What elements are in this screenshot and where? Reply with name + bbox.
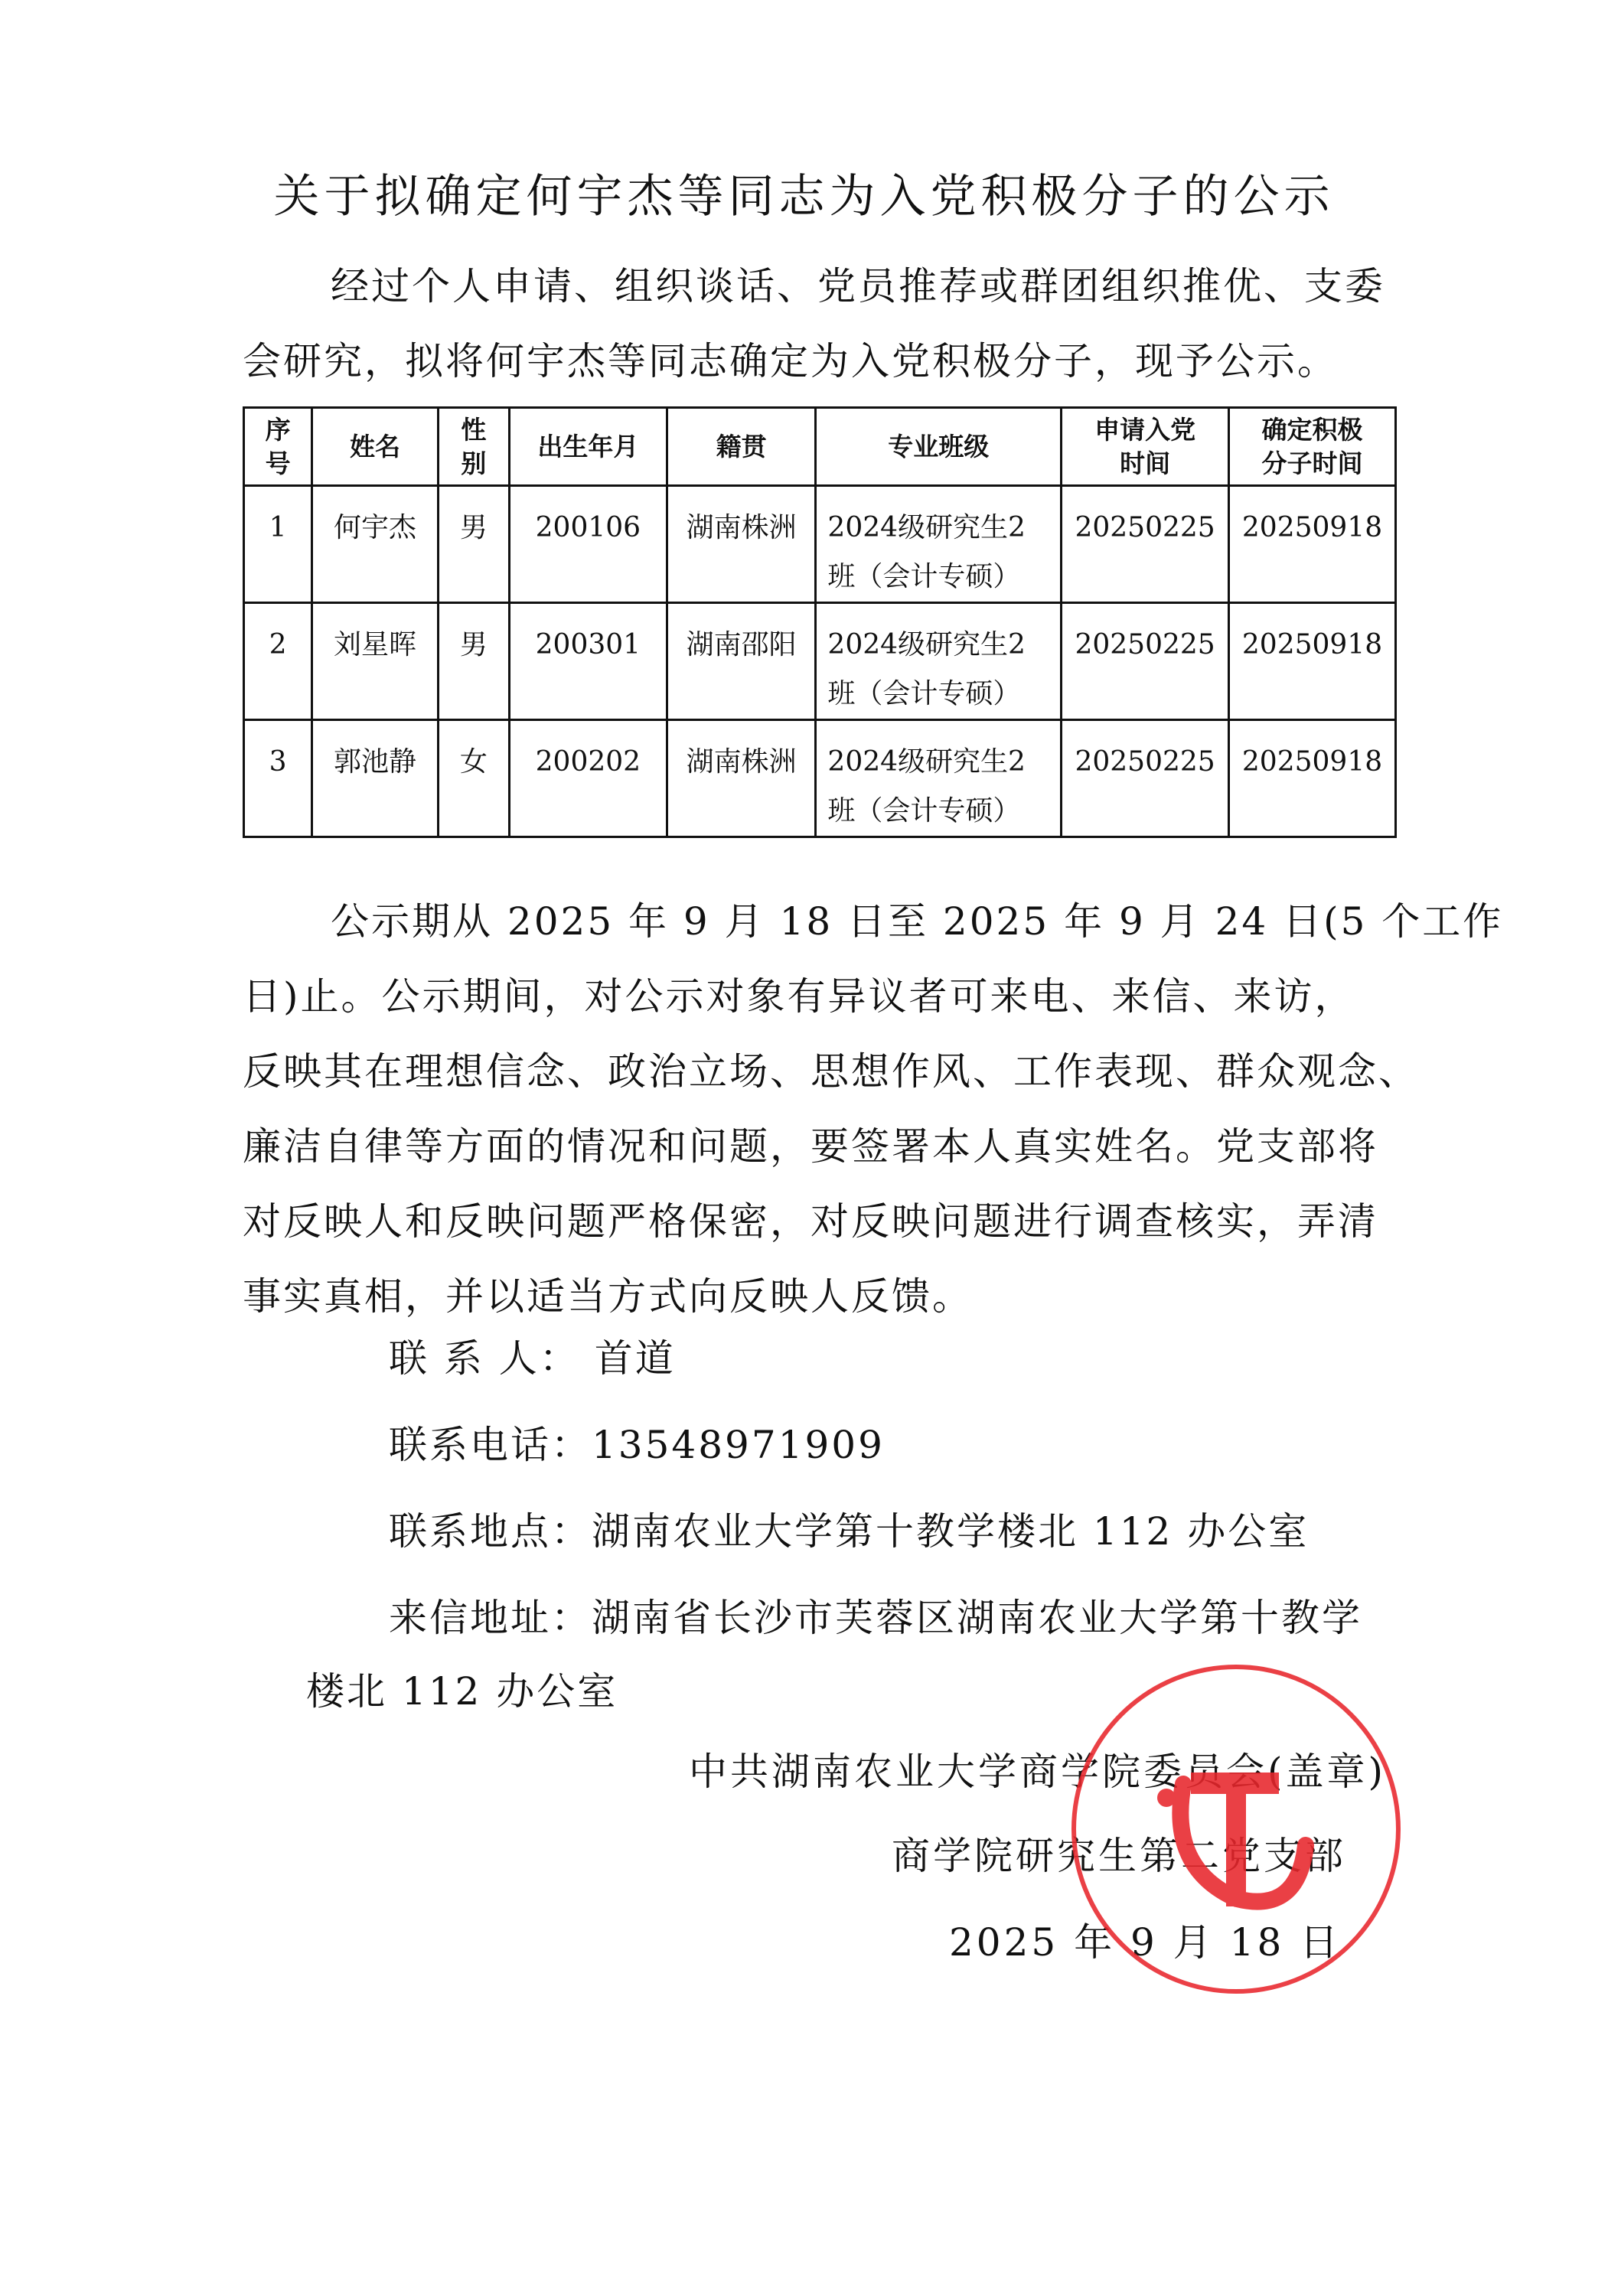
intro-paragraph: 经过个人申请、组织谈话、党员推荐或群团组织推优、支委 会研究，拟将何宇杰等同志确… xyxy=(243,249,1398,399)
cell-gender: 男 xyxy=(438,486,509,603)
cell-apply-date: 20250225 xyxy=(1062,486,1229,603)
cell-name: 刘星晖 xyxy=(312,603,439,720)
cell-apply-date: 20250225 xyxy=(1062,720,1229,837)
notice-paragraph: 公示期从 2025 年 9 月 18 日至 2025 年 9 月 24 日(5 … xyxy=(243,884,1398,1334)
header-no: 序号 xyxy=(244,408,312,486)
header-gender: 性别 xyxy=(438,408,509,486)
contact-phone: 联系电话：13548971909 xyxy=(389,1414,885,1469)
header-confirm-date: 确定积极分子时间 xyxy=(1229,408,1396,486)
header-major: 专业班级 xyxy=(816,408,1062,486)
header-origin: 籍贯 xyxy=(667,408,816,486)
contact-mail-value: 湖南省长沙市芙蓉区湖南农业大学第十教学 xyxy=(592,1596,1362,1640)
notice-line: 公示期从 2025 年 9 月 18 日至 2025 年 9 月 24 日(5 … xyxy=(243,884,1398,959)
notice-line: 反映其在理想信念、政治立场、思想作风、工作表现、群众观念、 xyxy=(243,1034,1398,1109)
table-header-row: 序号 姓名 性别 出生年月 籍贯 专业班级 申请入党时间 确定积极分子时间 xyxy=(244,408,1396,486)
contact-mail-cont: 楼北 112 办公室 xyxy=(306,1661,618,1716)
cell-major: 2024级研究生2班（会计专硕） xyxy=(816,486,1062,603)
cell-birth: 200301 xyxy=(510,603,667,720)
cell-confirm-date: 20250918 xyxy=(1229,603,1396,720)
header-name: 姓名 xyxy=(312,408,439,486)
contact-mail-label: 来信地址： xyxy=(389,1596,592,1640)
cell-name: 何宇杰 xyxy=(312,486,439,603)
cell-major: 2024级研究生2班（会计专硕） xyxy=(816,720,1062,837)
notice-line: 日)止。公示期间，对公示对象有异议者可来电、来信、来访， xyxy=(243,959,1398,1034)
cell-major: 2024级研究生2班（会计专硕） xyxy=(816,603,1062,720)
cell-origin: 湖南株洲 xyxy=(667,486,816,603)
contact-location-label: 联系地点： xyxy=(389,1509,592,1554)
contact-location: 联系地点：湖南农业大学第十教学楼北 112 办公室 xyxy=(389,1501,1309,1556)
table-row: 2 刘星晖 男 200301 湖南邵阳 2024级研究生2班（会计专硕） 202… xyxy=(244,603,1396,720)
cell-gender: 男 xyxy=(438,603,509,720)
contact-person: 联 系 人： 首道 xyxy=(389,1328,676,1383)
contact-person-value: 首道 xyxy=(595,1336,676,1381)
document-title: 关于拟确定何宇杰等同志为入党积极分子的公示 xyxy=(0,162,1608,231)
cell-name: 郭池静 xyxy=(312,720,439,837)
cell-apply-date: 20250225 xyxy=(1062,603,1229,720)
header-birth: 出生年月 xyxy=(510,408,667,486)
table-row: 1 何宇杰 男 200106 湖南株洲 2024级研究生2班（会计专硕） 202… xyxy=(244,486,1396,603)
contact-mail: 来信地址：湖南省长沙市芙蓉区湖南农业大学第十教学 xyxy=(389,1587,1362,1642)
intro-line-1: 经过个人申请、组织谈话、党员推荐或群团组织推优、支委 xyxy=(243,249,1398,324)
cell-origin: 湖南邵阳 xyxy=(667,603,816,720)
header-apply-date: 申请入党时间 xyxy=(1062,408,1229,486)
table-row: 3 郭池静 女 200202 湖南株洲 2024级研究生2班（会计专硕） 202… xyxy=(244,720,1396,837)
official-seal xyxy=(1071,1665,1401,1994)
cell-confirm-date: 20250918 xyxy=(1229,486,1396,603)
cell-no: 3 xyxy=(244,720,312,837)
cell-no: 1 xyxy=(244,486,312,603)
intro-line-2: 会研究，拟将何宇杰等同志确定为入党积极分子，现予公示。 xyxy=(243,324,1398,399)
cell-no: 2 xyxy=(244,603,312,720)
contact-phone-label: 联系电话： xyxy=(389,1423,592,1467)
notice-line: 事实真相，并以适当方式向反映人反馈。 xyxy=(243,1259,1398,1334)
cell-gender: 女 xyxy=(438,720,509,837)
notice-line: 对反映人和反映问题严格保密，对反映问题进行调查核实，弄清 xyxy=(243,1184,1398,1259)
contact-phone-value: 13548971909 xyxy=(592,1423,885,1467)
notice-line: 廉洁自律等方面的情况和问题，要签署本人真实姓名。党支部将 xyxy=(243,1109,1398,1184)
contact-person-label: 联 系 人： xyxy=(389,1336,580,1381)
cell-confirm-date: 20250918 xyxy=(1229,720,1396,837)
cell-birth: 200106 xyxy=(510,486,667,603)
contact-location-value: 湖南农业大学第十教学楼北 112 办公室 xyxy=(592,1509,1309,1554)
cell-origin: 湖南株洲 xyxy=(667,720,816,837)
activist-table: 序号 姓名 性别 出生年月 籍贯 专业班级 申请入党时间 确定积极分子时间 1 … xyxy=(243,406,1397,838)
hammer-sickle-icon xyxy=(1076,1669,1396,1989)
cell-birth: 200202 xyxy=(510,720,667,837)
